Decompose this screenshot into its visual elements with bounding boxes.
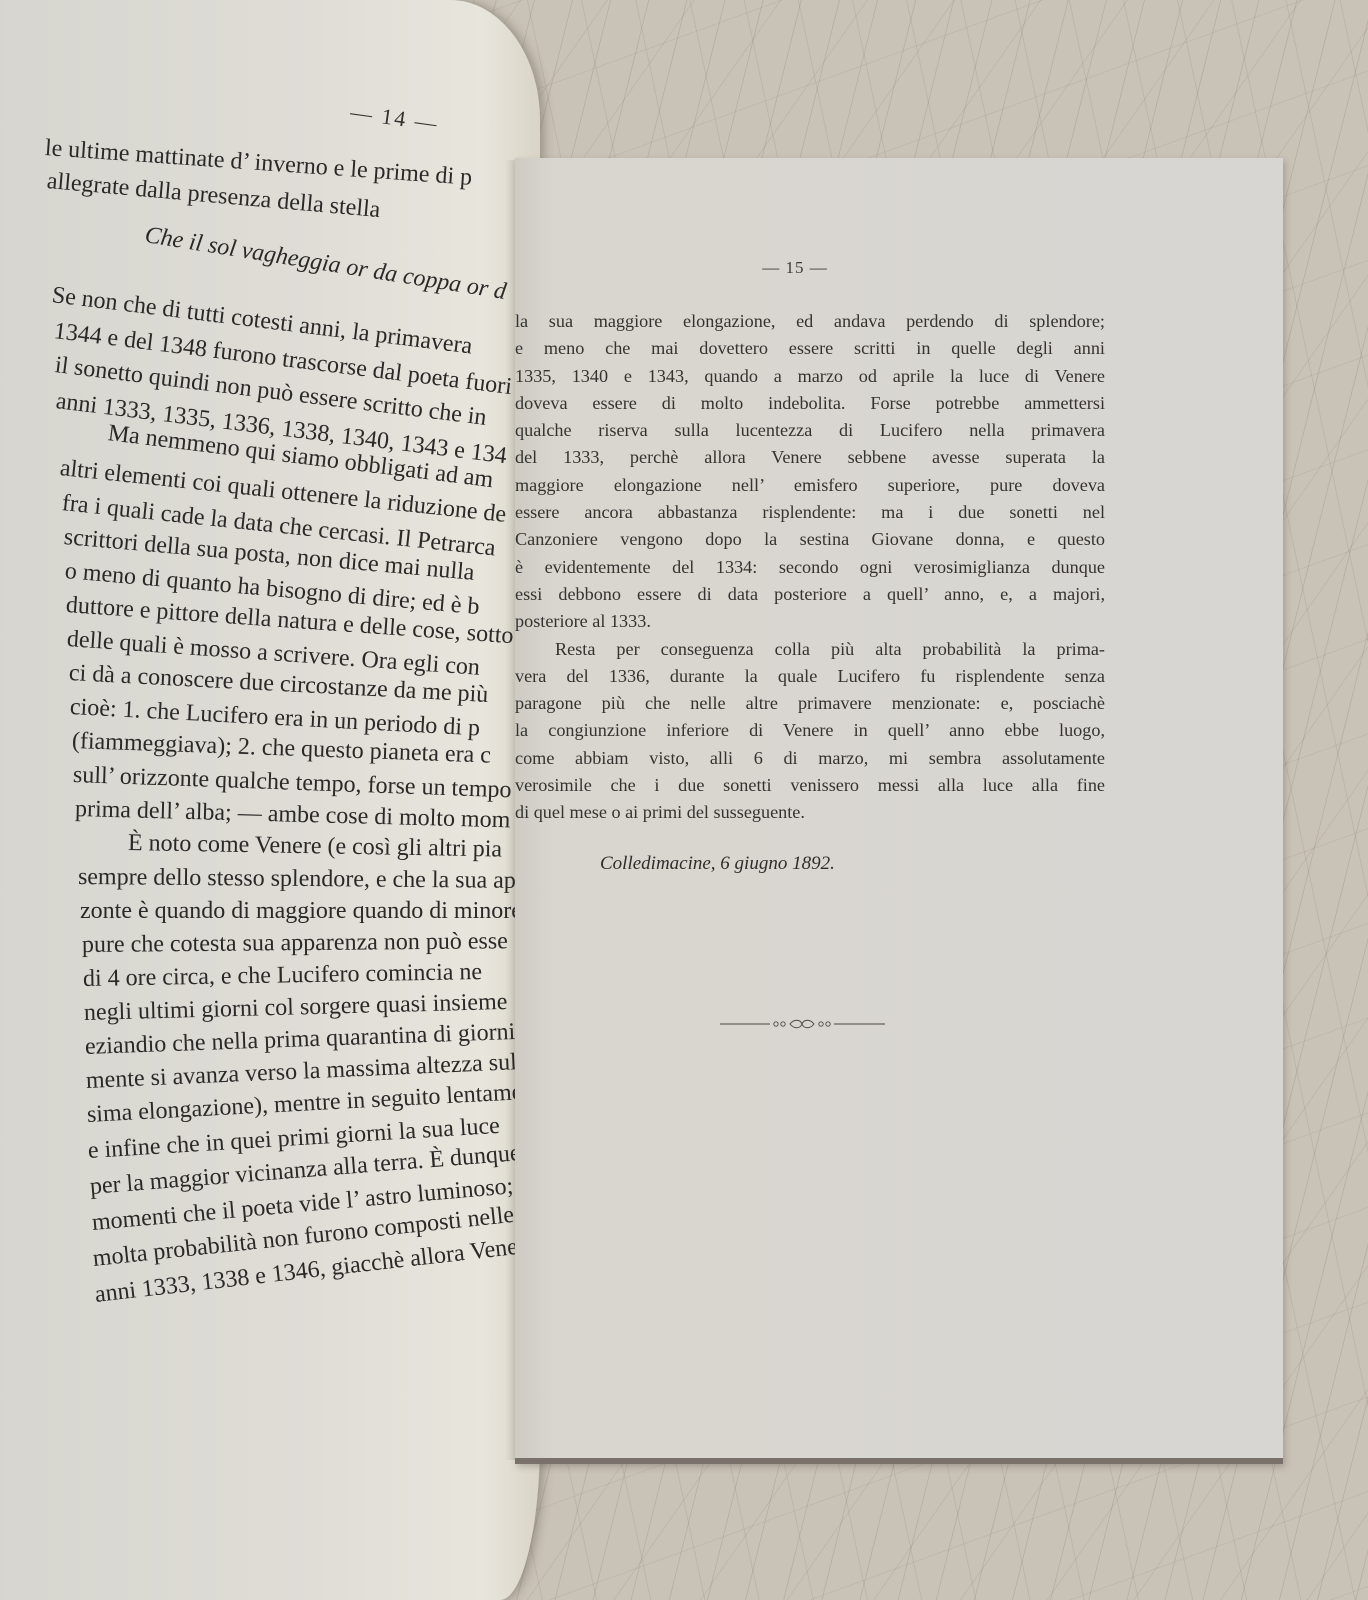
text-line: la sua maggiore elongazione, ed andava p… (515, 308, 1105, 335)
text-line: è evidentemente del 1334: secondo ogni v… (515, 554, 1105, 581)
right-page: — 15 — la sua maggiore elongazione, ed a… (515, 158, 1283, 1464)
text-line: Canzoniere vengono dopo la sestina Giova… (515, 526, 1105, 553)
text-line: sempre dello stesso splendore, e che la … (78, 864, 539, 895)
text-line: di 4 ore circa, e che Lucifero comincia … (83, 959, 483, 993)
text-line: qualche riserva sulla lucentezza di Luci… (515, 417, 1105, 444)
text-line: essi debbono essere di data posteriore a… (515, 581, 1105, 608)
text-line: posteriore al 1333. (515, 608, 1105, 635)
left-page: — 14 — le ultime mattinate d’ inverno e … (0, 0, 540, 1600)
text-line: verosimile che i due sonetti venissero m… (515, 772, 1105, 799)
text-line: zonte è quando di maggiore quando di min… (80, 898, 522, 925)
text-line: maggiore elongazione nell’ emisfero supe… (515, 472, 1105, 499)
paragraph-2: Resta per conseguenza colla più alta pro… (515, 636, 1105, 827)
text-line: di quel mese o ai primi del susseguente. (515, 799, 1105, 826)
ornament-rule-icon (720, 1018, 885, 1030)
text-line: essere ancora abbastanza risplendente: m… (515, 499, 1105, 526)
text-line: Resta per conseguenza colla più alta pro… (515, 636, 1105, 663)
text-line: come abbiam visto, alli 6 di marzo, mi s… (515, 745, 1105, 772)
right-page-body: la sua maggiore elongazione, ed andava p… (515, 308, 1105, 827)
paragraph-1: la sua maggiore elongazione, ed andava p… (515, 308, 1105, 636)
text-line: doveva essere di molto indebolita. Forse… (515, 390, 1105, 417)
text-line: È noto come Venere (e così gli altri pia (128, 830, 503, 864)
quoted-verse: Che il sol vagheggia or da coppa or d (143, 222, 508, 306)
left-page-text: le ultime mattinate d’ inverno e le prim… (0, 0, 540, 1400)
text-line: la congiunzione inferiore di Venere in q… (515, 717, 1105, 744)
text-line: vera del 1336, durante la quale Lucifero… (515, 663, 1105, 690)
text-line: pure che cotesta sua apparenza non può e… (82, 928, 508, 959)
page-number-15: — 15 — (495, 258, 1095, 278)
text-line: e meno che mai dovettero essere scritti … (515, 335, 1105, 362)
text-line: del 1333, perchè allora Venere sebbene a… (515, 444, 1105, 471)
text-line: 1335, 1340 e 1343, quando a marzo od apr… (515, 363, 1105, 390)
text-line: paragone più che nelle altre primavere m… (515, 690, 1105, 717)
place-date-signature: Colledimacine, 6 giugno 1892. (600, 853, 835, 875)
